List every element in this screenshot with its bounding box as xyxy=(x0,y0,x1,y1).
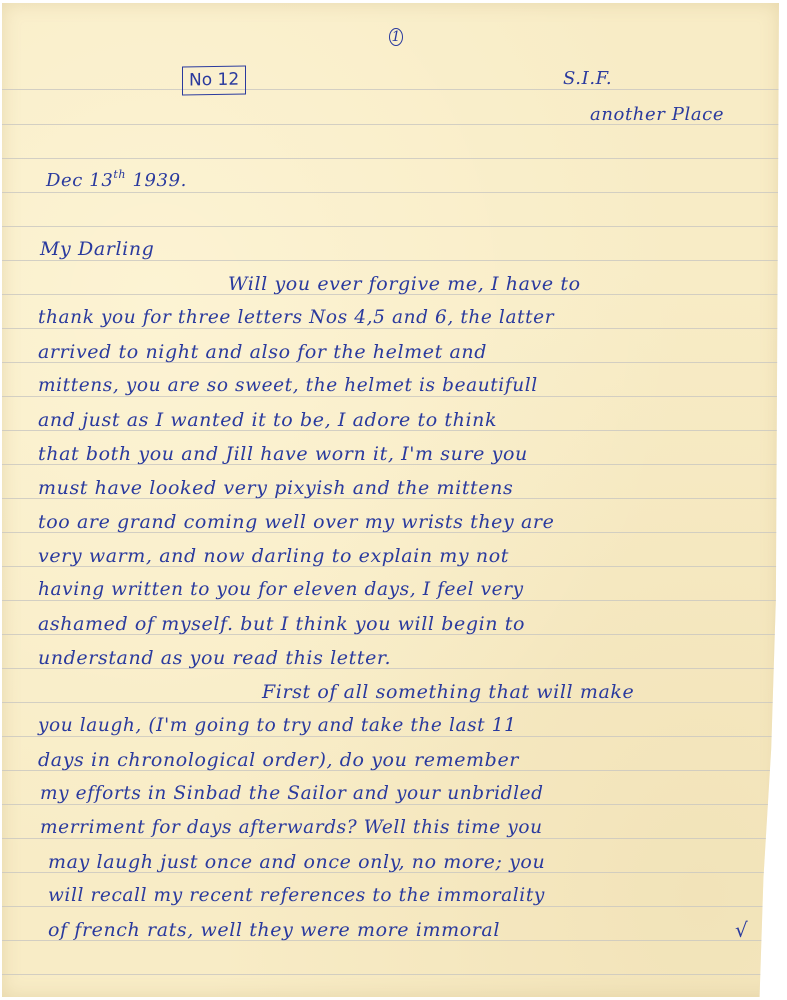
ruled-line xyxy=(2,89,779,90)
letter-number-box: No 12 xyxy=(182,65,246,95)
body-line: merriment for days afterwards? Well this… xyxy=(40,819,543,838)
body-line: mittens, you are so sweet, the helmet is… xyxy=(38,377,538,396)
address-line-1: S.I.F. xyxy=(563,70,612,88)
ruled-line xyxy=(2,804,779,805)
body-line: First of all something that will make xyxy=(262,683,634,702)
date-day-suffix: th xyxy=(113,168,126,181)
body-line: Will you ever forgive me, I have to xyxy=(228,275,581,294)
date-day: 13 xyxy=(89,170,113,191)
salutation: My Darling xyxy=(40,240,154,259)
body-line: will recall my recent references to the … xyxy=(48,887,545,906)
ruled-line xyxy=(2,226,779,227)
date-month: Dec xyxy=(46,170,83,191)
body-line: may laugh just once and once only, no mo… xyxy=(48,853,545,872)
ruled-line xyxy=(2,600,779,601)
ruled-line xyxy=(2,838,779,839)
ruled-line xyxy=(2,396,779,397)
ruled-line xyxy=(2,158,779,159)
ruled-line xyxy=(2,260,779,261)
letter-date: Dec 13th 1939. xyxy=(46,172,187,190)
body-line: that both you and Jill have worn it, I'm… xyxy=(38,445,528,464)
body-line: my efforts in Sinbad the Sailor and your… xyxy=(40,785,544,804)
body-line: understand as you read this letter. xyxy=(38,649,391,668)
ruled-line xyxy=(2,974,779,975)
body-line: arrived to night and also for the helmet… xyxy=(38,343,487,362)
address-line-2: another Place xyxy=(590,106,724,124)
body-line: and just as I wanted it to be, I adore t… xyxy=(38,411,497,430)
body-line: must have looked very pixyish and the mi… xyxy=(38,479,513,498)
ruled-line xyxy=(2,736,779,737)
body-line: you laugh, (I'm going to try and take th… xyxy=(38,717,516,736)
ruled-line xyxy=(2,328,779,329)
body-line: of french rats, well they were more immo… xyxy=(48,921,500,940)
ruled-line xyxy=(2,192,779,193)
ruled-line xyxy=(2,906,779,907)
continuation-tick-icon: √ xyxy=(735,920,748,940)
body-line: too are grand coming well over my wrists… xyxy=(38,513,554,532)
date-year: 1939. xyxy=(132,170,187,191)
body-line: ashamed of myself. but I think you will … xyxy=(38,615,525,634)
body-line: very warm, and now darling to explain my… xyxy=(38,547,509,566)
letter-page xyxy=(2,3,779,997)
body-line: days in chronological order), do you rem… xyxy=(38,751,519,770)
body-line: having written to you for eleven days, I… xyxy=(38,581,524,600)
body-line: thank you for three letters Nos 4,5 and … xyxy=(38,309,554,328)
page-number: 1 xyxy=(389,28,403,46)
